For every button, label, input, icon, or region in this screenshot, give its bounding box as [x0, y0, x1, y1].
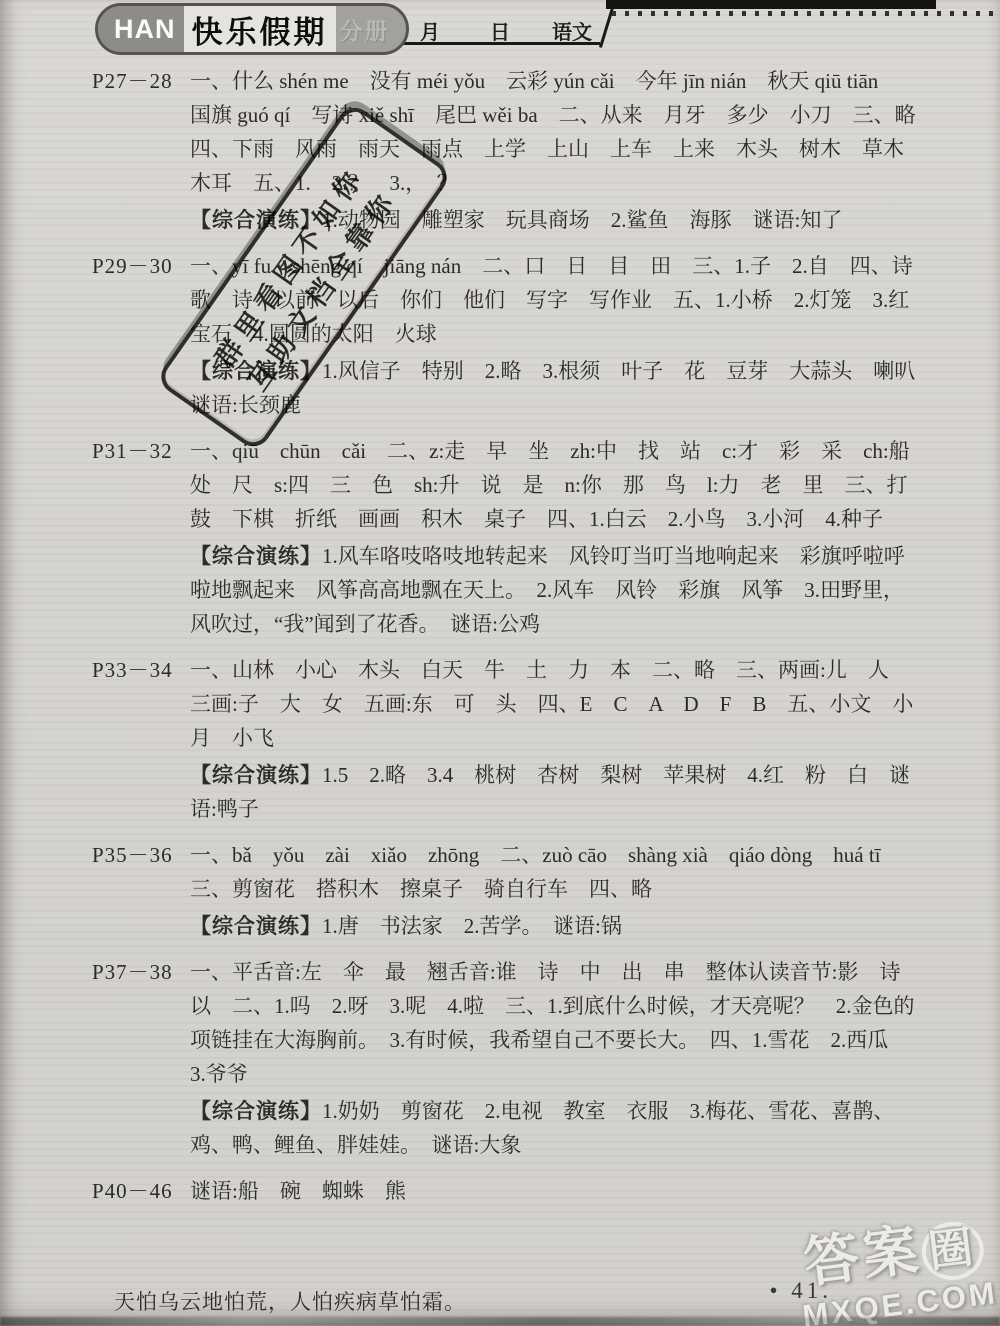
answer-section: P33－34 一、山林 小心 木头 白天 牛 土 力 本 二、略 三、两画:儿 …	[92, 653, 920, 829]
brand-banner: HAN 快乐假期 分册	[95, 3, 409, 55]
answer-section: P31－32 一、qiū chūn cǎi 二、z:走 早 坐 zh:中 找 站…	[92, 434, 920, 644]
page-range-label: P33－34	[92, 653, 190, 829]
page-range-label: P29－30	[92, 249, 190, 425]
answers-text: 一、bǎ yǒu zài xiǎo zhōng 二、zuò cāo shàng …	[190, 838, 920, 906]
answers-text: 一、平舌音:左 伞 最 翘舌音:谁 诗 中 出 串 整体认读音节:影 诗 以 二…	[190, 955, 920, 1091]
answers-text: 谜语:船 碗 蜘蛛 熊	[190, 1174, 920, 1208]
page-range-label: P35－36	[92, 838, 190, 946]
answer-section: P35－36 一、bǎ yǒu zài xiǎo zhōng 二、zuò cāo…	[92, 838, 920, 946]
day-label: 日	[490, 16, 510, 45]
month-label: 月	[420, 16, 440, 45]
drill-answers: 1.唐 书法家 2.苦学。 谜语:锅	[322, 914, 622, 938]
workbook-answer-page: HAN 快乐假期 分册 月 日 语文 P27－28 一、什么 shén me 没…	[0, 0, 1000, 1326]
footer-proverb: 天怕乌云地怕荒，人怕疾病草怕霜。	[114, 1286, 466, 1316]
drill-heading: 【综合演练】	[190, 1099, 322, 1123]
site-watermark: 答案圈 MXQE.COM	[793, 1212, 1000, 1326]
page-bottom-scan-edge	[0, 1317, 1000, 1326]
answer-section: P27－28 一、什么 shén me 没有 méi yǒu 云彩 yún cǎ…	[92, 64, 920, 240]
logo-circled-character: 圈	[918, 1218, 987, 1283]
drill-line: 【综合演练】1.风车咯吱咯吱地转起来 风铃叮当叮当地响起来 彩旗呼啦呼啦地飘起来…	[190, 539, 920, 641]
answer-section: P40－46 谜语:船 碗 蜘蛛 熊	[92, 1174, 920, 1211]
drill-heading: 【综合演练】	[190, 763, 322, 787]
brand-han-logo: HAN	[98, 6, 184, 53]
drill-line: 【综合演练】1.5 2.略 3.4 桃树 杏树 梨树 苹果树 4.红 粉 白 谜…	[190, 758, 920, 826]
page-range-label: P27－28	[92, 64, 190, 240]
header-dotted-line	[612, 11, 996, 16]
answer-section: P37－38 一、平舌音:左 伞 最 翘舌音:谁 诗 中 出 串 整体认读音节:…	[92, 955, 920, 1165]
subject-label: 语文	[552, 16, 592, 45]
drill-heading: 【综合演练】	[190, 544, 322, 568]
page-range-label: P31－32	[92, 434, 190, 644]
answers-text: 一、山林 小心 木头 白天 牛 土 力 本 二、略 三、两画:儿 人 三画:子 …	[190, 653, 920, 755]
page-range-label: P37－38	[92, 955, 190, 1165]
answers-content: P27－28 一、什么 shén me 没有 méi yǒu 云彩 yún cǎ…	[92, 64, 920, 1220]
page-range-label: P40－46	[92, 1174, 190, 1211]
drill-line: 【综合演练】1.唐 书法家 2.苦学。 谜语:锅	[190, 909, 920, 943]
logo-text: 答案	[800, 1219, 925, 1294]
answers-text: 一、qiū chūn cǎi 二、z:走 早 坐 zh:中 找 站 c:才 彩 …	[190, 434, 920, 536]
brand-subtitle: 分册	[336, 13, 394, 46]
drill-heading: 【综合演练】	[190, 914, 322, 938]
brand-title: 快乐假期	[184, 3, 336, 55]
header-top-bar	[606, 0, 936, 9]
drill-line: 【综合演练】1.奶奶 剪窗花 2.电视 教室 衣服 3.梅花、雪花、喜鹊、鸡、鸭…	[190, 1094, 920, 1162]
